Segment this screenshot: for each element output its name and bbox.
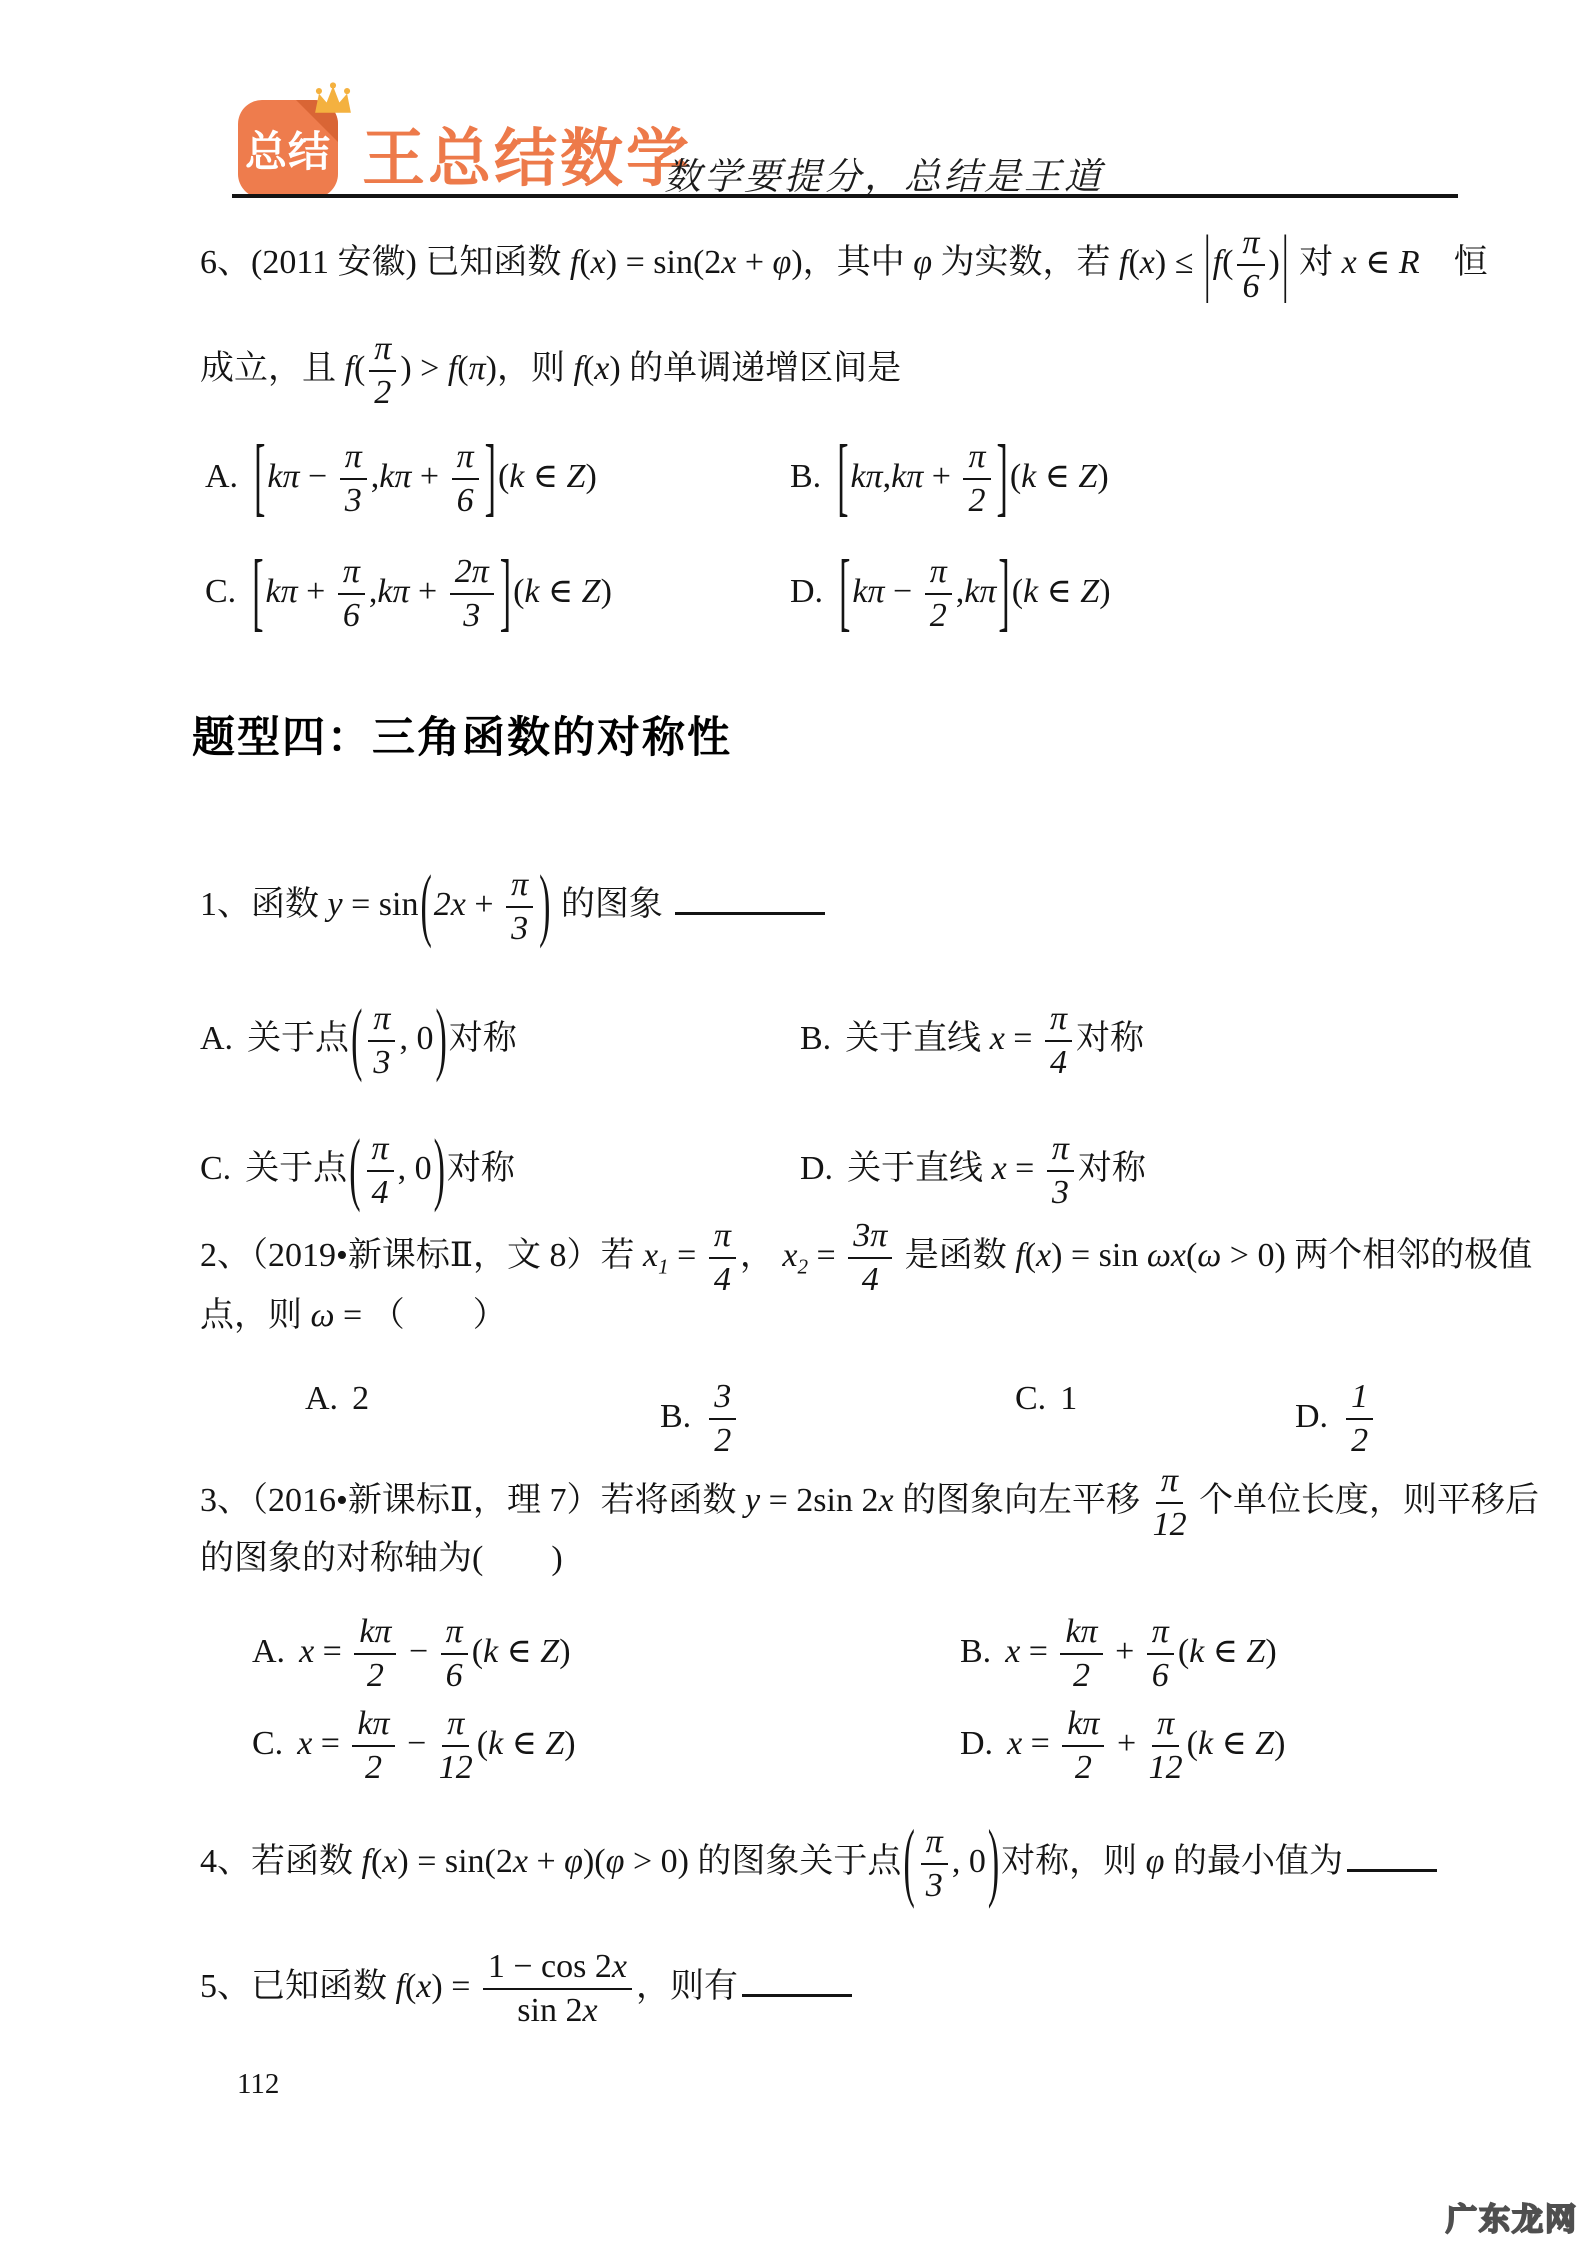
text-run: , 0 — [952, 1843, 986, 1880]
text-run: > 0) 的图象关于点 — [624, 1843, 901, 1880]
text-run: ∈ — [1038, 573, 1080, 610]
math-run: 12 — [439, 1749, 473, 1786]
text-run: ( — [1025, 1237, 1036, 1274]
fraction: kπ2 — [352, 1705, 394, 1787]
text-run: ( — [1128, 244, 1139, 281]
fraction: π4 — [709, 1217, 736, 1299]
big-delimiter: ) — [434, 1130, 445, 1212]
text-run: + — [923, 458, 959, 495]
math-run: 2 — [367, 1657, 384, 1694]
math-run: 6 — [1242, 268, 1259, 305]
fraction-denominator: 12 — [1149, 1747, 1183, 1787]
big-delimiter: | — [1282, 228, 1289, 303]
text-run: + — [1107, 1633, 1143, 1670]
fraction-denominator: 4 — [372, 1172, 389, 1212]
math-run: π — [469, 350, 486, 387]
fraction-numerator: kπ — [354, 1613, 396, 1655]
text-run: 对称 — [449, 1020, 517, 1057]
option-label: B. — [960, 1633, 991, 1670]
math-run: k — [1023, 573, 1038, 610]
math-run: Z — [540, 1633, 559, 1670]
text-run: ) — [585, 458, 596, 495]
math-run: kπ — [359, 1613, 391, 1650]
math-run: x — [299, 1633, 314, 1670]
math-run: 12 — [1149, 1749, 1183, 1786]
text-run: ( — [579, 244, 590, 281]
text-run: ∈ — [1213, 1725, 1255, 1762]
math-run: x — [878, 1482, 893, 1519]
math-run: f — [396, 1968, 405, 2005]
fraction: π6 — [1237, 224, 1264, 306]
fraction-numerator: π — [709, 1217, 736, 1259]
text-run: 的图象的对称轴为( ) — [200, 1540, 563, 1577]
fraction-denominator: 3 — [511, 908, 528, 948]
text-run: ) — [1099, 573, 1110, 610]
fraction: π6 — [452, 438, 479, 520]
math-run: 2 — [1073, 1657, 1090, 1694]
math-run: k — [1198, 1725, 1213, 1762]
fraction: kπ2 — [1060, 1613, 1102, 1695]
text-run: 对称 — [447, 1150, 515, 1187]
fraction-denominator: 3 — [373, 1042, 390, 1082]
watermark: 广东龙网 — [1446, 2194, 1578, 2239]
math-run: x — [382, 1843, 397, 1880]
fraction-numerator: π — [1237, 224, 1264, 266]
header-rule — [232, 194, 1458, 198]
text-run: 对称，则 — [1001, 1843, 1146, 1880]
math-run: π — [447, 1705, 464, 1742]
fraction: 1 − cos 2xsin 2x — [483, 1948, 632, 2030]
fraction-denominator: 2 — [968, 480, 985, 520]
math-run: kπ — [1065, 1613, 1097, 1650]
text-run: + — [466, 886, 502, 923]
fraction-numerator: π — [368, 1000, 395, 1042]
math-run: π — [457, 438, 474, 475]
fraction-numerator: 3 — [709, 1378, 736, 1420]
fraction: 32 — [709, 1378, 736, 1460]
text-run: > 0) 两个相邻的极值 — [1221, 1237, 1532, 1274]
fraction-numerator: kπ — [1062, 1705, 1104, 1747]
text-run: ) ≤ — [1155, 244, 1202, 281]
fraction-denominator: 2 — [1073, 1655, 1090, 1695]
text-run: ∈ — [539, 573, 581, 610]
math-run: x — [1140, 244, 1155, 281]
fraction-denominator: 2 — [365, 1747, 382, 1787]
math-run: 4 — [862, 1261, 879, 1298]
math-run: Z — [1078, 458, 1097, 495]
text-run: ( — [457, 350, 468, 387]
fraction-denominator: 12 — [1153, 1504, 1187, 1544]
math-run: 4 — [372, 1174, 389, 1211]
text-run: 关于直线 — [847, 1150, 992, 1187]
text-run: = — [312, 1725, 348, 1762]
option-A: A.关于点(π3, 0)对称 — [200, 1000, 517, 1082]
text-run: 恒 — [1420, 244, 1488, 281]
fraction-numerator: 3π — [848, 1217, 892, 1259]
math-run: k — [1189, 1633, 1204, 1670]
fraction-numerator: π — [1152, 1705, 1179, 1747]
fraction-numerator: 1 − cos 2x — [483, 1948, 632, 1990]
math-run: f — [1213, 244, 1222, 281]
text-run: , 0 — [398, 1150, 432, 1187]
option-A: A.2 — [305, 1378, 369, 1421]
text-run: ( — [498, 458, 509, 495]
math-run: x — [1007, 1725, 1022, 1762]
text-run: ( — [477, 1725, 488, 1762]
option-D: D.12 — [1295, 1378, 1377, 1460]
math-run: 2 — [1351, 1422, 1368, 1459]
question-1-line: 1、函数 y = sin(2x + π3) 的图象 — [200, 866, 829, 948]
option-label: B. — [790, 458, 821, 495]
math-run: y — [745, 1482, 760, 1519]
text-run: − — [399, 1725, 435, 1762]
text-run: + — [410, 573, 446, 610]
fraction: 2π3 — [450, 553, 494, 635]
text-run: ) — [1269, 244, 1280, 281]
big-delimiter: ] — [998, 550, 1009, 638]
fraction-denominator: 3 — [926, 1865, 943, 1905]
math-run: Z — [1255, 1725, 1274, 1762]
text-run: ) > — [400, 350, 448, 387]
math-run: x — [990, 1020, 1005, 1057]
math-run: π — [1157, 1705, 1174, 1742]
answer-blank — [675, 902, 825, 915]
option-label: C. — [252, 1725, 283, 1762]
text-run: ∈ — [1204, 1633, 1246, 1670]
fraction: π2 — [369, 330, 396, 412]
option-B: B.关于直线 x = π4对称 — [800, 1000, 1144, 1082]
fraction-numerator: π — [340, 438, 367, 480]
math-run: 3 — [926, 1867, 943, 1904]
text-run: , 0 — [399, 1020, 433, 1057]
question-3-line-1: 3、（2016•新课标Ⅱ，理 7）若将函数 y = 2sin 2x 的图象向左平… — [200, 1462, 1539, 1544]
option-label: D. — [1295, 1398, 1328, 1435]
text-run: ) — [1265, 1633, 1276, 1670]
question-6-line-1: 6、(2011 安徽) 已知函数 f(x) = sin(2x + φ)，其中 φ… — [200, 224, 1488, 306]
math-run: x — [1036, 1237, 1051, 1274]
math-run: ωx — [1147, 1237, 1186, 1274]
text-run: = sin — [343, 886, 419, 923]
text-run: ( — [354, 350, 365, 387]
text-run: 2 — [352, 1380, 369, 1417]
question-5-line: 5、已知函数 f(x) = 1 − cos 2xsin 2x，则有 — [200, 1948, 856, 2030]
big-delimiter: [ — [839, 550, 850, 638]
text-run: 的图象向左平移 — [894, 1482, 1149, 1519]
text-run: ( — [513, 573, 524, 610]
text-run: ) — [1097, 458, 1108, 495]
math-run: Z — [1246, 1633, 1265, 1670]
text-run: ( — [1012, 573, 1023, 610]
text-run: + — [411, 458, 447, 495]
fraction-numerator: kπ — [1060, 1613, 1102, 1655]
math-run: x — [782, 1237, 797, 1274]
math-run: x — [594, 350, 609, 387]
math-run: π — [930, 553, 947, 590]
text-run: = — [314, 1633, 350, 1670]
option-label: A. — [305, 1380, 338, 1417]
option-D: D.[kπ − π2,kπ](k ∈ Z) — [790, 553, 1111, 635]
math-run: 4 — [1050, 1044, 1067, 1081]
text-run: ) = sin(2 — [397, 1843, 513, 1880]
fraction-numerator: π — [925, 553, 952, 595]
fraction: π3 — [1047, 1130, 1074, 1212]
option-label: B. — [660, 1398, 691, 1435]
text-run: 为实数，若 — [932, 244, 1119, 281]
math-run: Z — [567, 458, 586, 495]
text-run: ) — [601, 573, 612, 610]
option-label: A. — [252, 1633, 285, 1670]
text-run: 对称 — [1076, 1020, 1144, 1057]
fraction: π3 — [921, 1823, 948, 1905]
big-delimiter: ) — [539, 866, 550, 948]
fraction-denominator: 4 — [862, 1259, 879, 1299]
fraction-denominator: 3 — [463, 595, 480, 635]
fraction-denominator: 3 — [1052, 1172, 1069, 1212]
text-run: ( — [583, 350, 594, 387]
question-6-line-2: 成立，且 f(π2) > f(π)，则 f(x) 的单调递增区间是 — [200, 330, 901, 412]
math-run: 3 — [714, 1378, 731, 1415]
text-run: 对称 — [1078, 1150, 1146, 1187]
math-run: π — [372, 1130, 389, 1167]
math-run: k — [509, 458, 524, 495]
math-run: x — [416, 1968, 431, 2005]
fraction-denominator: 4 — [714, 1259, 731, 1299]
text-run: )，则 — [486, 350, 574, 387]
math-run: 2π — [455, 553, 489, 590]
math-run: k — [1021, 458, 1036, 495]
math-run: π — [446, 1613, 463, 1650]
fraction-denominator: 2 — [1351, 1420, 1368, 1460]
math-run: 3π — [853, 1217, 887, 1254]
text-run: ∈ — [524, 458, 566, 495]
math-run: kπ — [891, 458, 923, 495]
text-run: ( — [1222, 244, 1233, 281]
math-run: π — [1050, 1000, 1067, 1037]
text-run: = 2sin 2 — [760, 1482, 878, 1519]
math-run: Z — [582, 573, 601, 610]
text-run: ∈ — [503, 1725, 545, 1762]
math-run: π — [373, 1000, 390, 1037]
text-run: + — [298, 573, 334, 610]
option-label: A. — [200, 1020, 233, 1057]
fraction-numerator: π — [441, 1613, 468, 1655]
fraction-denominator: 2 — [714, 1420, 731, 1460]
option-B: B.32 — [660, 1378, 740, 1460]
big-delimiter: | — [1204, 228, 1211, 303]
text-run: )，其中 — [791, 244, 913, 281]
math-run: 2 — [365, 1749, 382, 1786]
big-delimiter: [ — [837, 435, 848, 523]
math-run: 3 — [511, 910, 528, 947]
fraction-numerator: π — [1047, 1130, 1074, 1172]
text-run: 2、（2019•新课标Ⅱ，文 8）若 — [200, 1237, 643, 1274]
math-run: k — [483, 1633, 498, 1670]
math-run: φ — [606, 1843, 625, 1880]
text-run: 关于点 — [245, 1150, 347, 1187]
fraction-numerator: π — [369, 330, 396, 372]
text-run: ( — [472, 1633, 483, 1670]
math-run: kπ — [266, 573, 298, 610]
text-run: + — [528, 1843, 564, 1880]
math-run: 2x — [434, 886, 466, 923]
text-run: ) = sin(2 — [606, 244, 722, 281]
text-run: ( — [405, 1968, 416, 2005]
fraction-denominator: 6 — [446, 1655, 463, 1695]
text-run: = （ ） — [335, 1297, 507, 1334]
math-run: π — [714, 1217, 731, 1254]
fraction: π2 — [963, 438, 990, 520]
fraction: π2 — [925, 553, 952, 635]
text-run: = — [808, 1237, 844, 1274]
math-run: x — [1342, 244, 1357, 281]
text-run: sin 2 — [517, 1992, 582, 2029]
fraction-numerator: π — [452, 438, 479, 480]
option-label: D. — [960, 1725, 993, 1762]
big-delimiter: [ — [252, 550, 263, 638]
fraction-numerator: 1 — [1346, 1378, 1373, 1420]
math-run: 3 — [463, 597, 480, 634]
text-run: + — [1108, 1725, 1144, 1762]
math-run: π — [345, 438, 362, 475]
fraction: kπ2 — [1062, 1705, 1104, 1787]
math-run: π — [926, 1823, 943, 1860]
option-D: D.关于直线 x = π3对称 — [800, 1130, 1146, 1212]
brand-slogan: 数学要提分，总结是王道 — [664, 146, 1104, 200]
brand-name: 王总结数学 — [362, 108, 692, 199]
fraction: π12 — [1153, 1462, 1187, 1544]
text-run: ， — [740, 1237, 783, 1274]
fraction: π3 — [368, 1000, 395, 1082]
math-run: f — [573, 350, 582, 387]
math-run: x — [513, 1843, 528, 1880]
question-2-line-2: 点，则 ω = （ ） — [200, 1295, 507, 1338]
text-run: 1、函数 — [200, 886, 328, 923]
fraction-numerator: π — [921, 1823, 948, 1865]
math-run: π — [1161, 1462, 1178, 1499]
math-run: x — [992, 1150, 1007, 1187]
fraction: π3 — [340, 438, 367, 520]
text-run: ) 的单调递增区间是 — [609, 350, 901, 387]
math-run: π — [511, 866, 528, 903]
text-run: 点，则 — [200, 1297, 311, 1334]
fraction: kπ2 — [354, 1613, 396, 1695]
fraction: 3π4 — [848, 1217, 892, 1299]
math-run: 2 — [1075, 1749, 1092, 1786]
math-run: x — [612, 1948, 627, 1985]
math-run: ω — [311, 1297, 335, 1334]
math-run: 3 — [345, 482, 362, 519]
math-run: Z — [545, 1725, 564, 1762]
option-label: B. — [800, 1020, 831, 1057]
math-run: 4 — [714, 1261, 731, 1298]
math-run: φ — [773, 244, 792, 281]
math-run: f — [362, 1843, 371, 1880]
option-label: C. — [200, 1150, 231, 1187]
math-run: kπ — [851, 458, 883, 495]
option-C: C.x = kπ2 − π12(k ∈ Z) — [252, 1705, 576, 1787]
fraction-denominator: 6 — [1152, 1655, 1169, 1695]
math-run: 12 — [1153, 1506, 1187, 1543]
math-run: 2 — [968, 482, 985, 519]
option-C: C.关于点(π4, 0)对称 — [200, 1130, 515, 1212]
fraction: π4 — [367, 1130, 394, 1212]
big-delimiter: ( — [903, 1820, 914, 1908]
text-run: 成立，且 — [200, 350, 345, 387]
fraction-denominator: 2 — [930, 595, 947, 635]
option-label: C. — [1015, 1380, 1046, 1417]
option-C: C.[kπ + π6,kπ + 2π3](k ∈ Z) — [205, 553, 612, 635]
question-2-line-1: 2、（2019•新课标Ⅱ，文 8）若 x1 = π4， x2 = 3π4 是函数… — [200, 1217, 1532, 1299]
answer-blank — [1347, 1859, 1437, 1872]
fraction-numerator: π — [506, 866, 533, 908]
text-run: ( — [1186, 1237, 1197, 1274]
text-run: = — [1007, 1150, 1043, 1187]
math-run: x — [721, 244, 736, 281]
option-A: A.x = kπ2 − π6(k ∈ Z) — [252, 1613, 571, 1695]
text-run: 个单位长度，则平移后 — [1191, 1482, 1540, 1519]
math-run: π — [968, 438, 985, 475]
math-run: Z — [1080, 573, 1099, 610]
subscript: 2 — [797, 1255, 808, 1279]
math-run: kπ — [377, 573, 409, 610]
text-run: ( — [1187, 1725, 1198, 1762]
math-run: 3 — [1052, 1174, 1069, 1211]
text-run: , — [883, 458, 892, 495]
section-heading: 题型四：三角函数的对称性 — [192, 712, 732, 766]
math-run: f — [570, 244, 579, 281]
text-run: − — [300, 458, 336, 495]
math-run: kπ — [1067, 1705, 1099, 1742]
math-run: x — [582, 1992, 597, 2029]
fraction: 12 — [1346, 1378, 1373, 1460]
math-run: π — [374, 330, 391, 367]
fraction-numerator: π — [1045, 1000, 1072, 1042]
big-delimiter: ) — [988, 1820, 999, 1908]
fraction-numerator: π — [1147, 1613, 1174, 1655]
option-B: B.[kπ,kπ + π2](k ∈ Z) — [790, 438, 1109, 520]
fraction-denominator: 3 — [345, 480, 362, 520]
fraction-denominator: 2 — [367, 1655, 384, 1695]
option-label: A. — [205, 458, 238, 495]
text-run: , — [956, 573, 965, 610]
fraction-denominator: 6 — [343, 595, 360, 635]
math-run: π — [1242, 224, 1259, 261]
text-run: = — [1020, 1633, 1056, 1670]
math-run: 6 — [1152, 1657, 1169, 1694]
math-run: 6 — [343, 597, 360, 634]
big-delimiter: ] — [485, 435, 496, 523]
text-run: ) = — [431, 1968, 479, 2005]
text-run: + — [736, 244, 772, 281]
fraction-numerator: kπ — [352, 1705, 394, 1747]
fraction-denominator: 6 — [1242, 266, 1259, 306]
big-delimiter: ) — [435, 1000, 446, 1082]
crown-icon — [310, 82, 356, 118]
math-run: k — [524, 573, 539, 610]
text-run: 5、已知函数 — [200, 1968, 396, 2005]
math-run: 6 — [457, 482, 474, 519]
text-run: ( — [1178, 1633, 1189, 1670]
fraction-denominator: 2 — [374, 372, 391, 412]
text-run: 的图象 — [552, 886, 671, 923]
text-run: 是函数 — [896, 1237, 1015, 1274]
fraction-numerator: 2π — [450, 553, 494, 595]
text-run: = — [669, 1237, 705, 1274]
text-run: 对 — [1291, 244, 1342, 281]
text-run: 3、（2016•新课标Ⅱ，理 7）若将函数 — [200, 1482, 745, 1519]
text-run: 6、(2011 安徽) 已知函数 — [200, 244, 570, 281]
fraction-numerator: π — [963, 438, 990, 480]
